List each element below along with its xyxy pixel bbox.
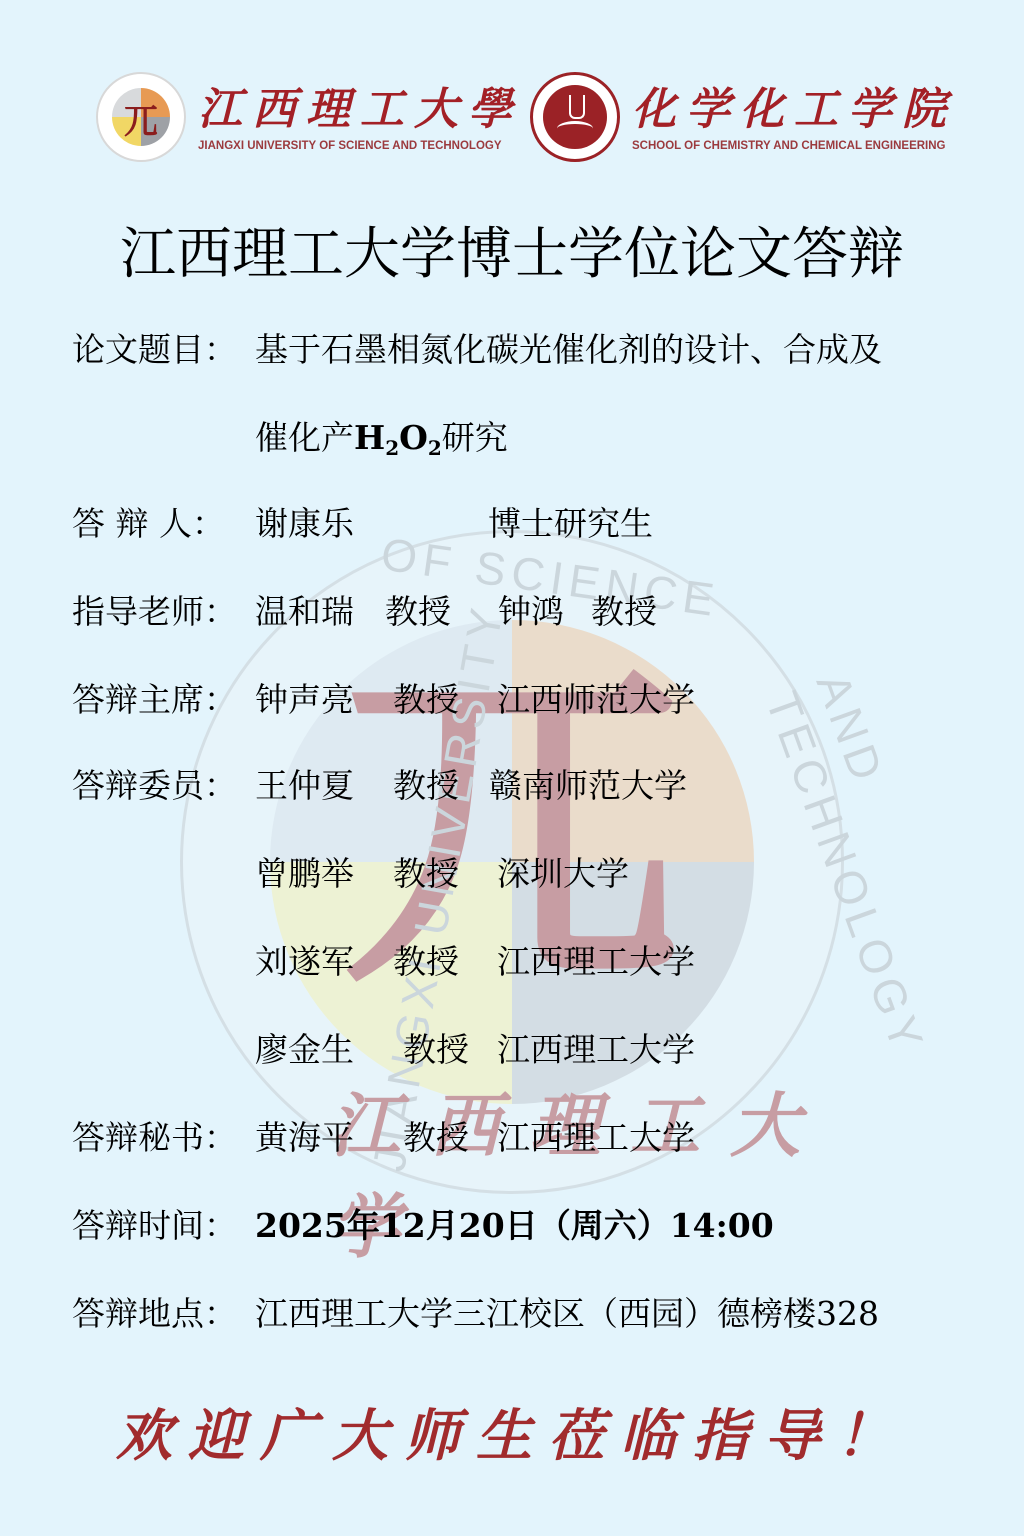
advisor-2-title: 教授 (591, 592, 657, 632)
committee-row-1: 答辩委员：王仲夏教授赣南师范大学 (72, 766, 687, 806)
thesis-title-row: 论文题目：基于石墨相氮化碳光催化剂的设计、合成及 (72, 330, 882, 370)
secretary-label: 答辩秘书： (72, 1118, 255, 1158)
school-logo: 化学化工学院 SCHOOL OF CHEMISTRY AND CHEMICAL … (530, 72, 956, 162)
advisors-row: 指导老师：温和瑞教授钟鸿教授 (72, 592, 657, 632)
school-name-cn: 化学化工学院 (632, 82, 956, 138)
location-label: 答辩地点： (72, 1294, 255, 1334)
page-title: 江西理工大学博士学位论文答辩 (0, 210, 1024, 290)
advisor-2-name: 钟鸿 (498, 592, 591, 632)
chair-label: 答辩主席： (72, 680, 255, 720)
candidate-name: 谢康乐 (255, 504, 488, 544)
committee-label: 答辩委员： (72, 766, 255, 806)
university-name-cn: 江西理工大學 (198, 82, 522, 138)
secretary-affiliation: 江西理工大学 (497, 1118, 695, 1158)
candidate-label: 答 辩 人： (72, 504, 255, 544)
advisor-1-name: 温和瑞 (255, 592, 385, 632)
committee-row-4: 廖金生教授江西理工大学 (72, 1030, 695, 1070)
secretary-title: 教授 (403, 1118, 497, 1158)
advisor-1-title: 教授 (385, 592, 498, 632)
committee-row-3: 刘遂军教授江西理工大学 (72, 942, 695, 982)
secretary-row: 答辩秘书：黄海平教授江西理工大学 (72, 1118, 695, 1158)
school-seal-icon (530, 72, 620, 162)
welcome-banner: 欢迎广大师生莅临指导！ (0, 1392, 1024, 1472)
location-row: 答辩地点：江西理工大学三江校区（西园）德榜楼328 (72, 1294, 879, 1334)
committee-row-2: 曾鹏举教授深圳大学 (72, 854, 629, 894)
secretary-name: 黄海平 (255, 1118, 403, 1158)
university-name-en: JIANGXI UNIVERSITY OF SCIENCE AND TECHNO… (198, 140, 522, 152)
chair-row: 答辩主席：钟声亮教授江西师范大学 (72, 680, 695, 720)
time-row: 答辩时间：2025年12月20日（周六）14:00 (72, 1206, 774, 1246)
chair-title: 教授 (393, 680, 497, 720)
chair-name: 钟声亮 (255, 680, 393, 720)
time-label: 答辩时间： (72, 1206, 255, 1246)
thesis-label: 论文题目： (72, 330, 255, 370)
candidate-title: 博士研究生 (488, 504, 653, 544)
chair-affiliation: 江西师范大学 (497, 680, 695, 720)
thesis-title-line1: 基于石墨相氮化碳光催化剂的设计、合成及 (255, 330, 882, 370)
school-name-en: SCHOOL OF CHEMISTRY AND CHEMICAL ENGINEE… (632, 140, 956, 152)
thesis-title-line2: 催化产H2O2研究 (72, 418, 508, 468)
university-logo: 兀 江西理工大學 JIANGXI UNIVERSITY OF SCIENCE A… (96, 72, 522, 162)
candidate-row: 答 辩 人：谢康乐博士研究生 (72, 504, 653, 544)
header: 兀 江西理工大學 JIANGXI UNIVERSITY OF SCIENCE A… (0, 72, 1024, 182)
defense-location: 江西理工大学三江校区（西园）德榜楼328 (255, 1294, 879, 1334)
defense-time: 2025年12月20日（周六）14:00 (255, 1206, 774, 1246)
university-seal-icon: 兀 (96, 72, 186, 162)
advisors-label: 指导老师： (72, 592, 255, 632)
